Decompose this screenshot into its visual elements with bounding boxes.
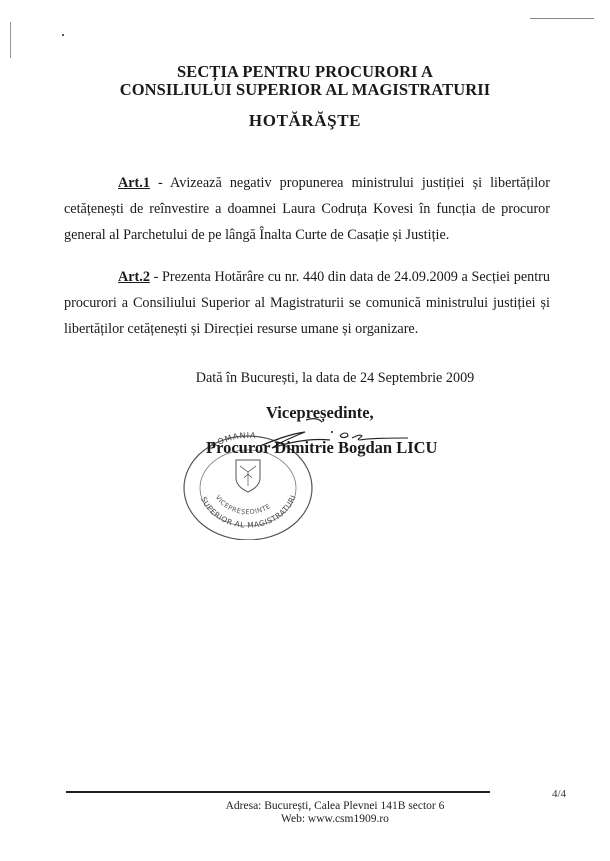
page-number: 4/4 [552,788,566,800]
scan-artifact-dot [62,34,64,36]
footer-address: Adresa: București, Calea Plevnei 141B se… [0,800,610,812]
article-1-label: Art.1 [118,175,150,191]
scan-artifact-top [530,18,594,19]
heading-section: SECȚIA PENTRU PROCURORI A [0,62,610,82]
scan-artifact-left [10,22,11,58]
handwritten-signature-icon [250,412,420,452]
svg-text:VICEPREȘEDINTE: VICEPREȘEDINTE [214,494,272,517]
decision-title: HOTĂRĂŞTE [0,111,610,131]
article-1: Art.1 - Avizează negativ propunerea mini… [64,170,550,248]
heading-council: CONSILIULUI SUPERIOR AL MAGISTRATURII [0,80,610,100]
footer-web: Web: www.csm1909.ro [0,813,610,825]
article-2: Art.2 - Prezenta Hotărâre cu nr. 440 din… [64,264,550,342]
article-2-label: Art.2 [118,269,150,285]
footer-divider [66,791,490,793]
date-line: Dată în București, la data de 24 Septemb… [0,370,610,387]
